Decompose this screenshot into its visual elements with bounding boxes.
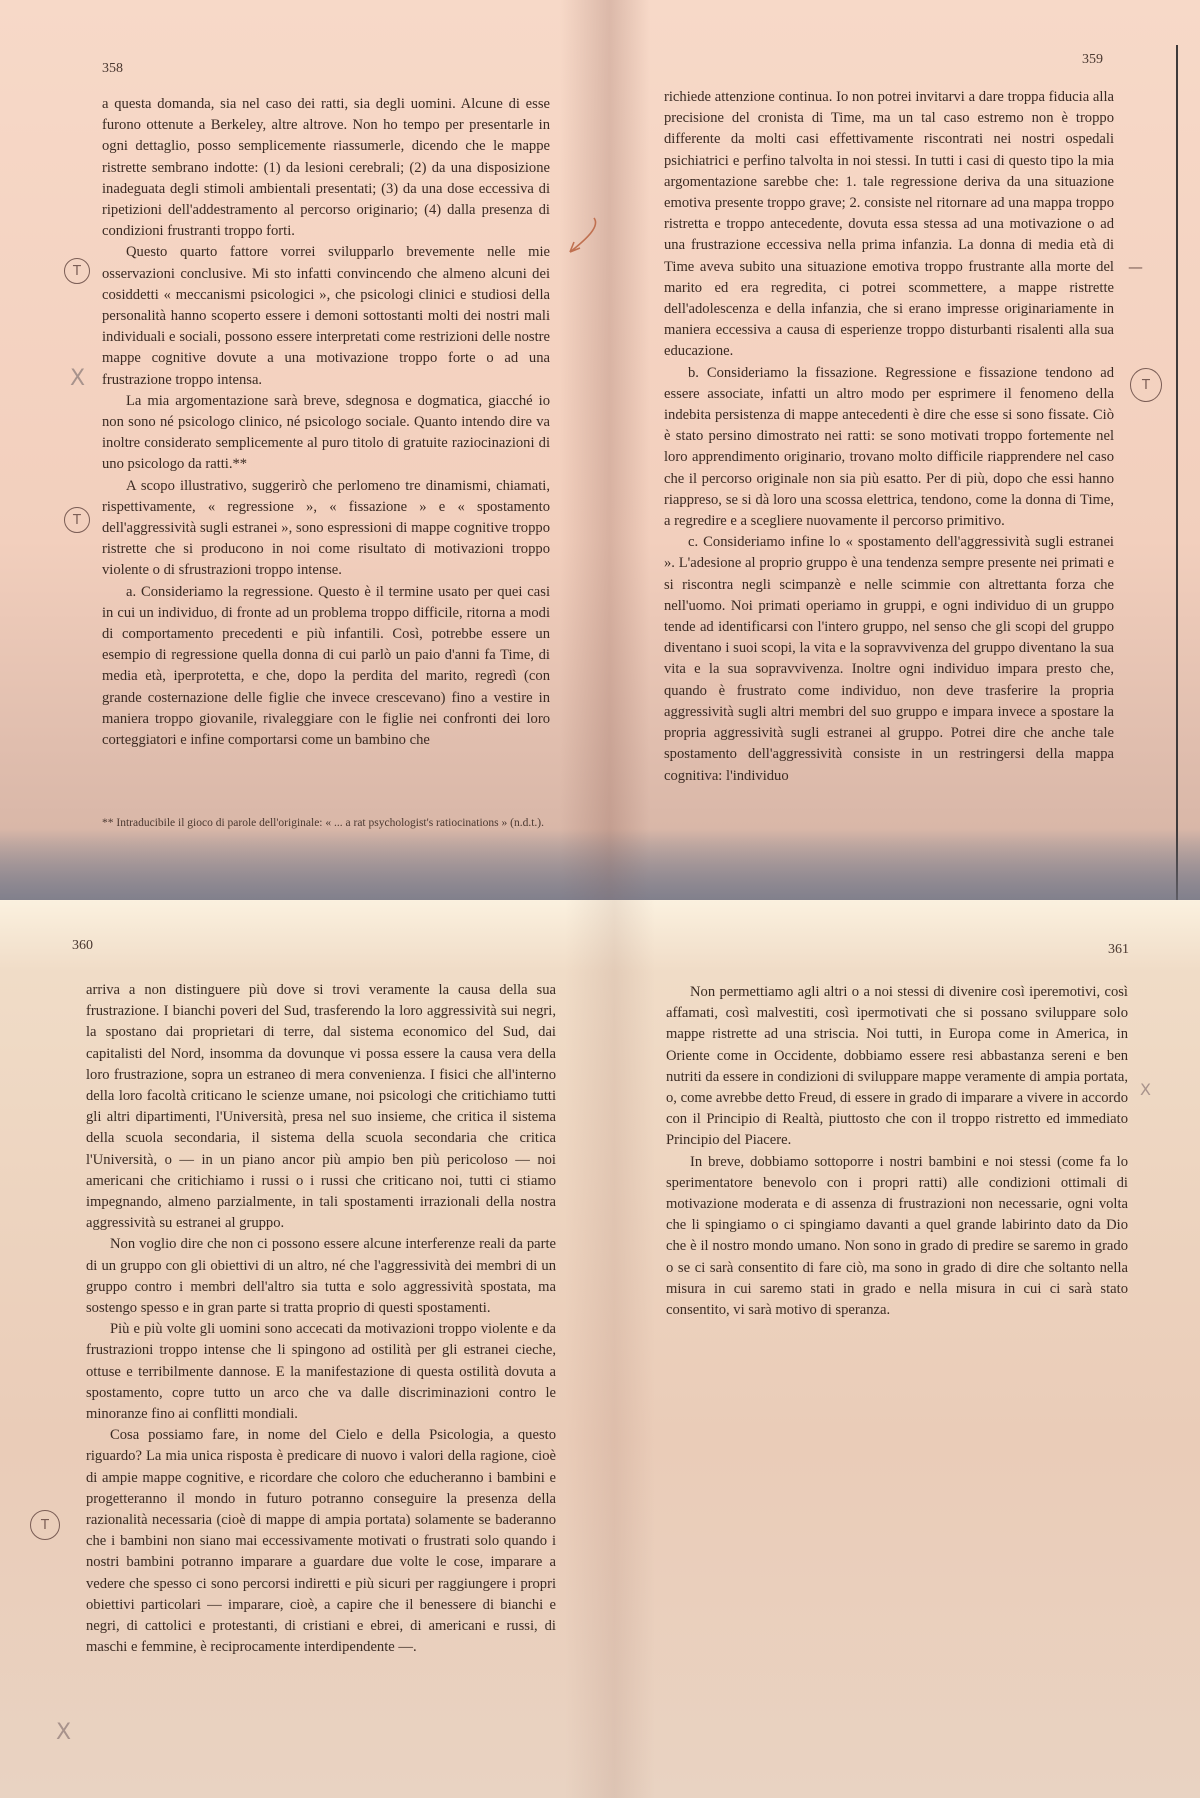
photo-shadow <box>0 830 1200 900</box>
book-gutter-shadow <box>565 900 655 1798</box>
paragraph: b. Consideriamo la fissazione. Regressio… <box>664 363 1114 533</box>
paragraph: Cosa possiamo fare, in nome del Cielo e … <box>86 1425 556 1658</box>
margin-t-circle-icon: T <box>30 1510 60 1540</box>
paragraph: richiede attenzione continua. Io non pot… <box>664 87 1114 363</box>
paragraph: A scopo illustrativo, suggerirò che perl… <box>102 476 550 582</box>
margin-x-icon: X <box>56 1720 71 1745</box>
handwritten-arrow-icon <box>560 212 600 262</box>
paragraph: In breve, dobbiamo sottoporre i nostri b… <box>666 1152 1128 1322</box>
paragraph: La mia argomentazione sarà breve, sdegno… <box>102 391 550 476</box>
page-edge <box>1176 45 1178 900</box>
page-number: 358 <box>102 61 123 77</box>
page-number: 361 <box>1108 942 1129 958</box>
paragraph: a. Consideriamo la regressione. Questo è… <box>102 582 550 752</box>
photo-spread-360-361: 360 arriva a non distinguere più dove si… <box>0 900 1200 1798</box>
page-body: Non permettiamo agli altri o a noi stess… <box>666 982 1128 1321</box>
margin-t-circle-icon: T <box>64 258 90 284</box>
page-body: arriva a non distinguere più dove si tro… <box>86 980 556 1659</box>
paragraph: Non voglio dire che non ci possono esser… <box>86 1234 556 1319</box>
page-body: richiede attenzione continua. Io non pot… <box>664 87 1114 787</box>
paragraph: Più e più volte gli uomini sono accecati… <box>86 1319 556 1425</box>
margin-x-icon: X <box>70 366 85 391</box>
paragraph: arriva a non distinguere più dove si tro… <box>86 980 556 1234</box>
paragraph: Non permettiamo agli altri o a noi stess… <box>666 982 1128 1152</box>
margin-dash-icon: — <box>1128 258 1143 276</box>
footnote: ** Intraducibile il gioco di parole dell… <box>102 816 552 831</box>
page-number: 360 <box>72 938 93 954</box>
photo-spread-358-359: 358 a questa domanda, sia nel caso dei r… <box>0 0 1200 900</box>
paragraph: a questa domanda, sia nel caso dei ratti… <box>102 94 550 242</box>
book-gutter-shadow <box>560 0 650 900</box>
margin-x-icon: X <box>1140 1080 1151 1099</box>
margin-t-circle-icon: T <box>1130 368 1162 402</box>
paragraph: c. Consideriamo infine lo « spostamento … <box>664 532 1114 786</box>
margin-t-circle-icon: T <box>64 507 90 533</box>
page-body: a questa domanda, sia nel caso dei ratti… <box>102 94 550 751</box>
paragraph: Questo quarto fattore vorrei svilupparlo… <box>102 242 550 390</box>
page-number: 359 <box>1082 52 1103 68</box>
